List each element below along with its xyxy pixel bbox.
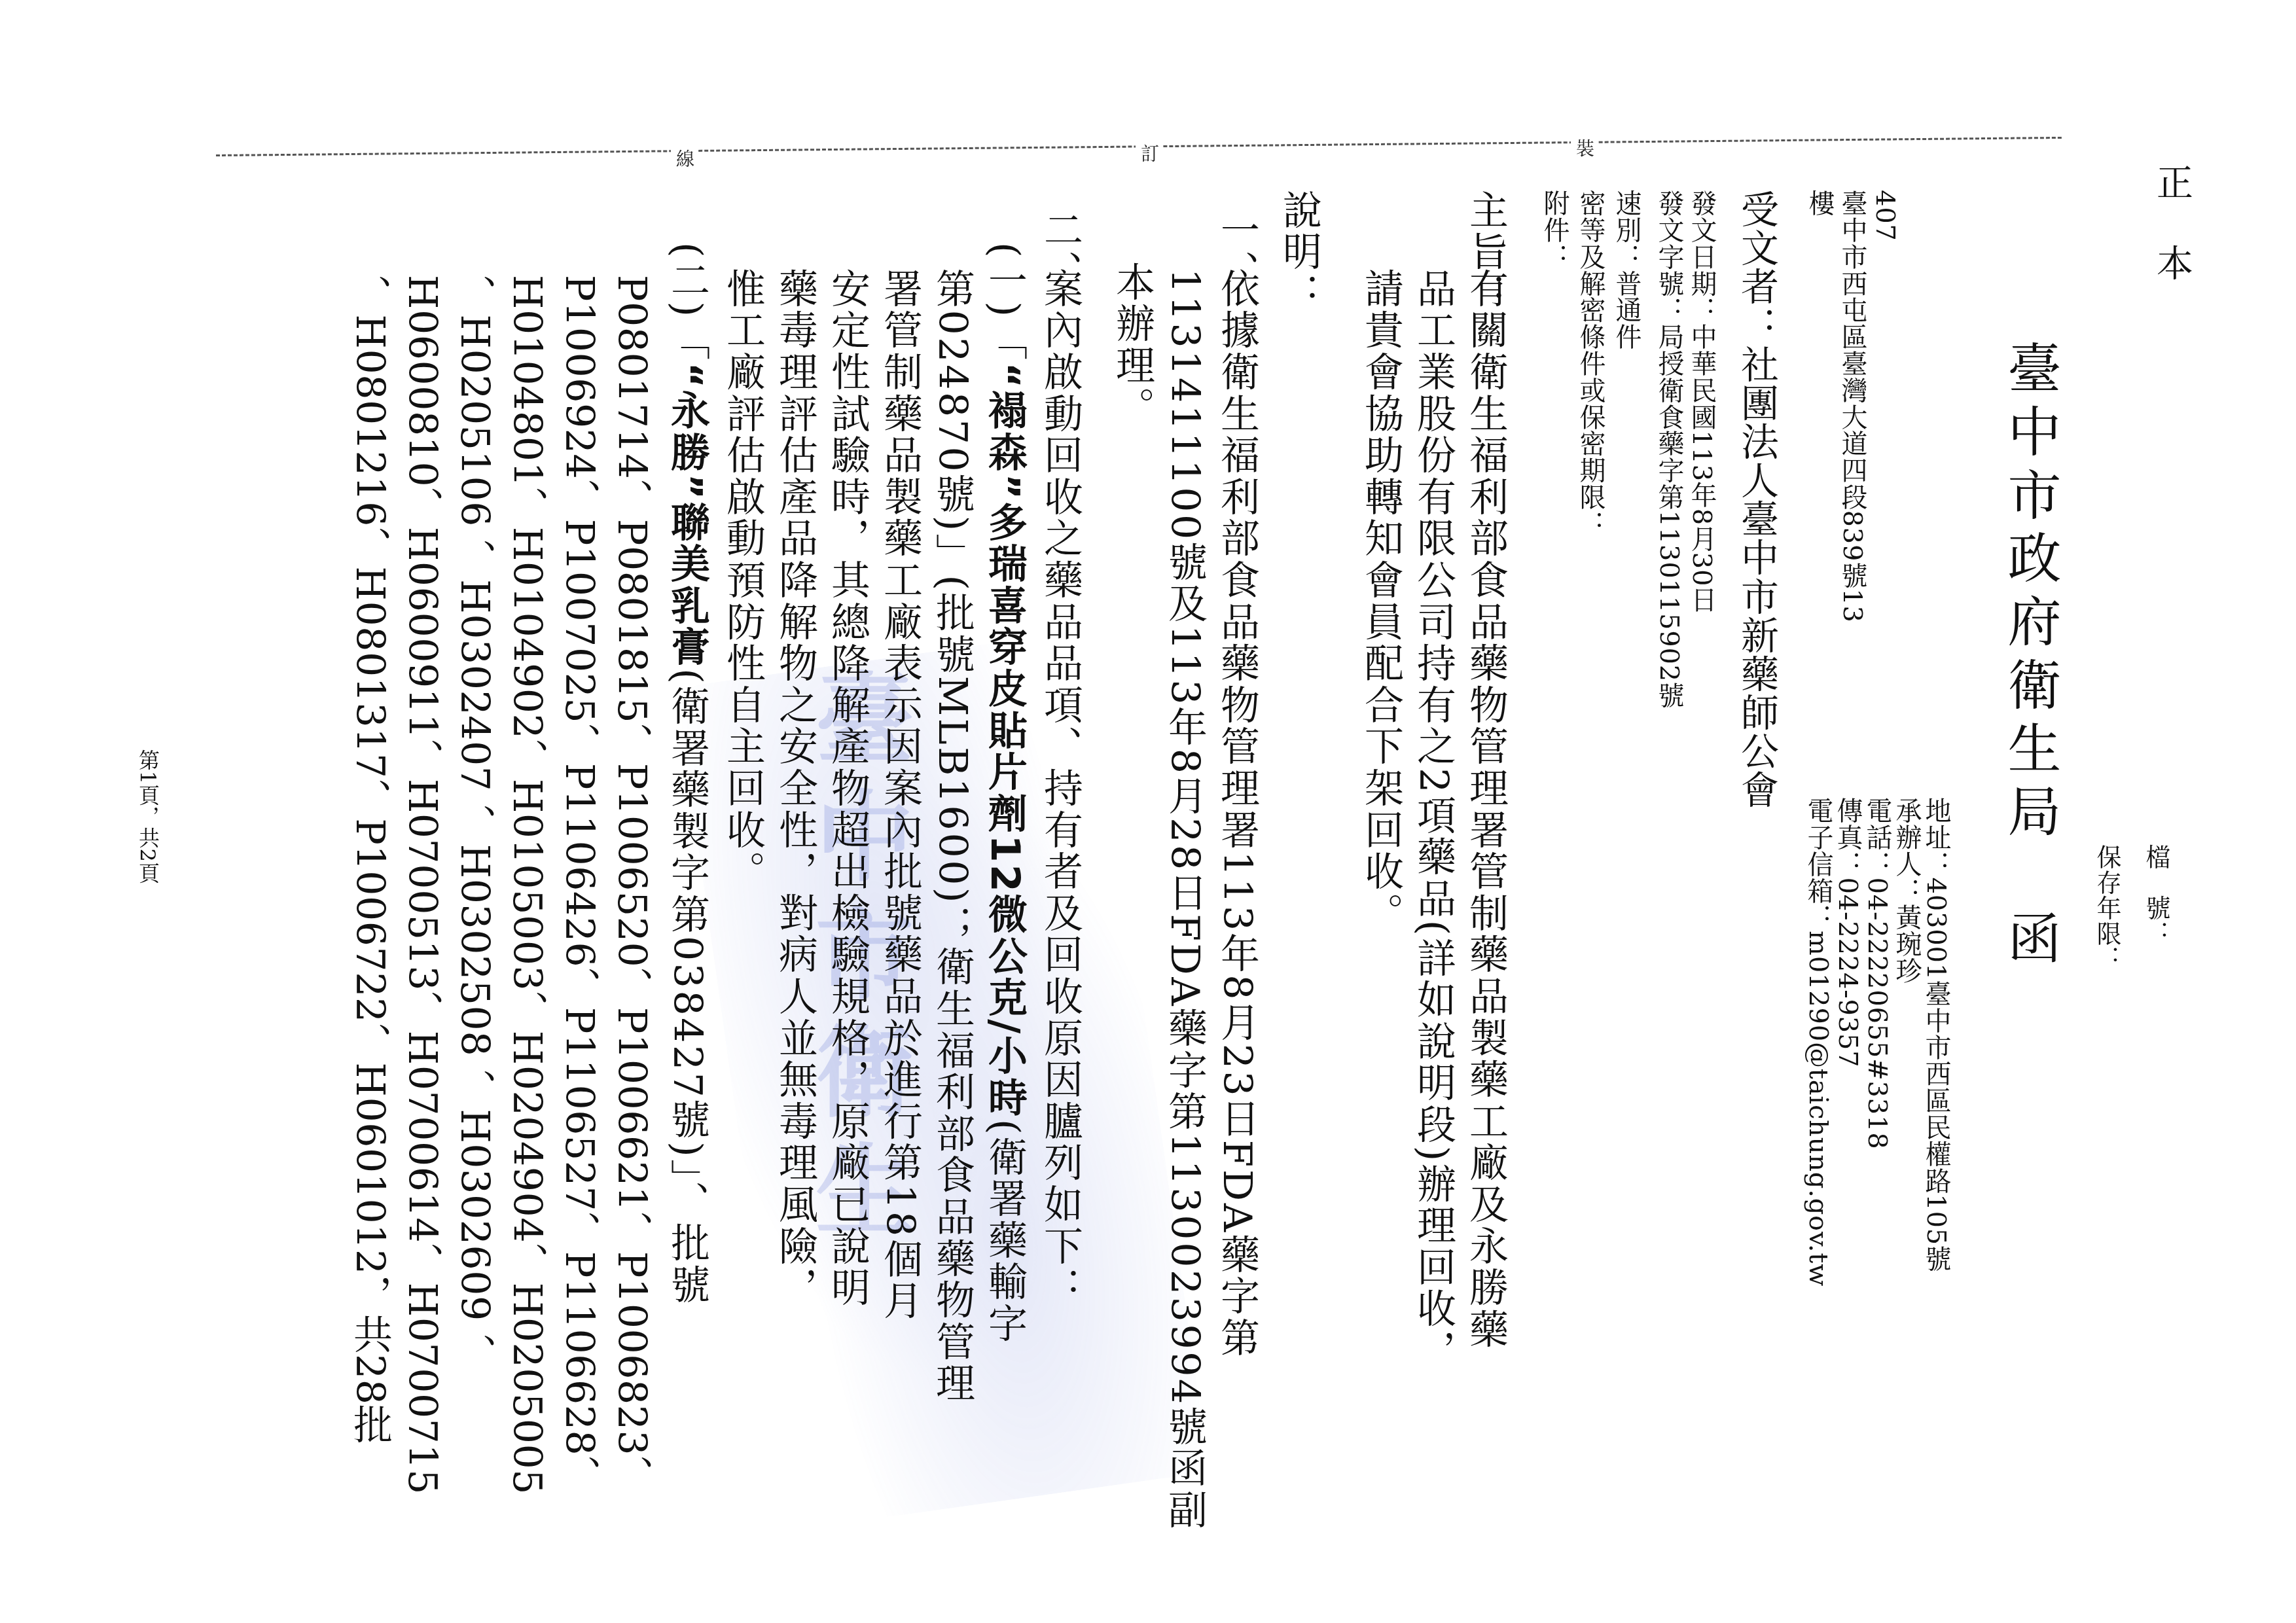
sub2-product-name: “永勝”聯美乳膏 [664, 363, 710, 669]
lot-line-3: H0104801、H0104902、H0105003、H0204904、H020… [507, 275, 547, 1495]
recipient-address-line1: 臺中市西屯區臺灣大道四段839號13 [1839, 190, 1865, 623]
file-number-label: 檔 號： [2144, 844, 2168, 946]
sub2-bracket: 「 [664, 321, 710, 363]
sub1-product-name: “褟森”多瑞喜穿皮貼片劑12微公克/小時 [982, 363, 1028, 1119]
sender-address: 地址：403001臺中市西區民權路105號 [1923, 797, 1949, 1272]
attachment: 附件： [1541, 190, 1568, 270]
page-number: 第1頁，共2頁 [137, 749, 158, 883]
fax: 傳真：04-2224-9357 [1835, 797, 1861, 1068]
binding-mark-xian: 線 [671, 147, 697, 170]
lot-line-2: P1006924、P1007025、P1106426、P1106527、P110… [560, 275, 599, 1495]
issue-date: 發文日期：中華民國113年8月30日 [1689, 190, 1715, 613]
subject-line-1: 有關衛生福利部食品藥物管理署管制藥品製藥工廠及永勝藥 [1466, 268, 1505, 1351]
item1-line-2: 1131411100號及113年8月28日FDA藥字第1130023994號函副 [1165, 268, 1204, 1531]
recipient: 受文者：社團法人臺中市新藥師公會 [1738, 190, 1776, 810]
retention-period-label: 保存年限： [2094, 844, 2119, 971]
sub1-line-5: 藥毒理評估產品降解物之安全性，對病人並無毒理風險， [776, 268, 815, 1309]
copy-type-label: 正本 [2153, 164, 2190, 325]
document-number: 發文字號：局授衛食藥字第1130115902號 [1656, 190, 1682, 709]
recipient-postcode: 407 [1872, 190, 1898, 241]
sub1-line-3: 署管制藥品製藥工廠表示因案內批號藥品於進行第18個月 [880, 268, 920, 1322]
recipient-address-line2: 樓 [1806, 190, 1833, 217]
handler: 承辦人：黃琬珍 [1893, 797, 1920, 984]
sub2-license: (衛署藥製字第038427號)」、批號 [664, 668, 710, 1306]
document-title: 臺中市政府衛生局 函 [2003, 340, 2056, 974]
sub1-line-2: 第024870號)」(批號MLB1600)；衛生福利部食品藥物管理 [933, 268, 972, 1404]
lot-line-1: P0801714、P0801815、P1006520、P1006621、P100… [612, 275, 651, 1495]
sub1-line-1: 「“褟森”多瑞喜穿皮貼片劑12微公克/小時(衛署藥輸字 [985, 321, 1024, 1345]
item1-line-1: 依據衛生福利部食品藥物管理署113年8月23日FDA藥字第 [1217, 268, 1257, 1359]
lot-line-4: 、H0205106 、H0302407 、H0302508 、H0302609 … [455, 275, 494, 1374]
sub2-line-1: 「“永勝”聯美乳膏(衛署藥製字第038427號)」、批號 [668, 321, 707, 1306]
explanation-label: 說明： [1280, 190, 1319, 315]
email[interactable]: 電子信箱：m01290@taichung.gov.tw [1805, 797, 1831, 1287]
item1-line-3: 本辦理。 [1113, 262, 1152, 428]
subject-line-3: 請貴會協助轉知會員配合下架回收。 [1361, 268, 1401, 935]
sub1-line-4: 安定性試驗時，其總降解產物超出檢驗規格，原廠已說明 [828, 268, 867, 1309]
binding-mark-zhuang: 裝 [1571, 136, 1597, 160]
sub1-license: (衛署藥輸字 [982, 1119, 1028, 1345]
sub1-line-6: 惟工廠評估啟動預防性自主回收。 [723, 268, 762, 893]
item2-intro: 案內啟動回收之藥品品項、持有者及回收原因臚列如下： [1041, 268, 1080, 1309]
binding-mark-ding: 訂 [1136, 141, 1162, 165]
lot-line-6: 、H0801216、H0801317、P1006722、H0601012，共28… [350, 275, 389, 1444]
sub1-marker: (一) [985, 242, 1024, 319]
secrecy: 密等及解密條件或保密期限： [1577, 190, 1604, 537]
subject-line-2: 品工業股份有限公司持有之2項藥品(詳如說明段)辦理回收， [1414, 268, 1453, 1372]
phone: 電話：04-22220655#3318 [1864, 797, 1890, 1150]
sub2-marker: (二) [668, 242, 707, 319]
speed: 速別：普通件 [1613, 190, 1640, 350]
lot-line-5: H0600810、H0600911、H0700513、H0700614、H070… [403, 275, 442, 1495]
sub1-bracket: 「 [982, 321, 1028, 363]
